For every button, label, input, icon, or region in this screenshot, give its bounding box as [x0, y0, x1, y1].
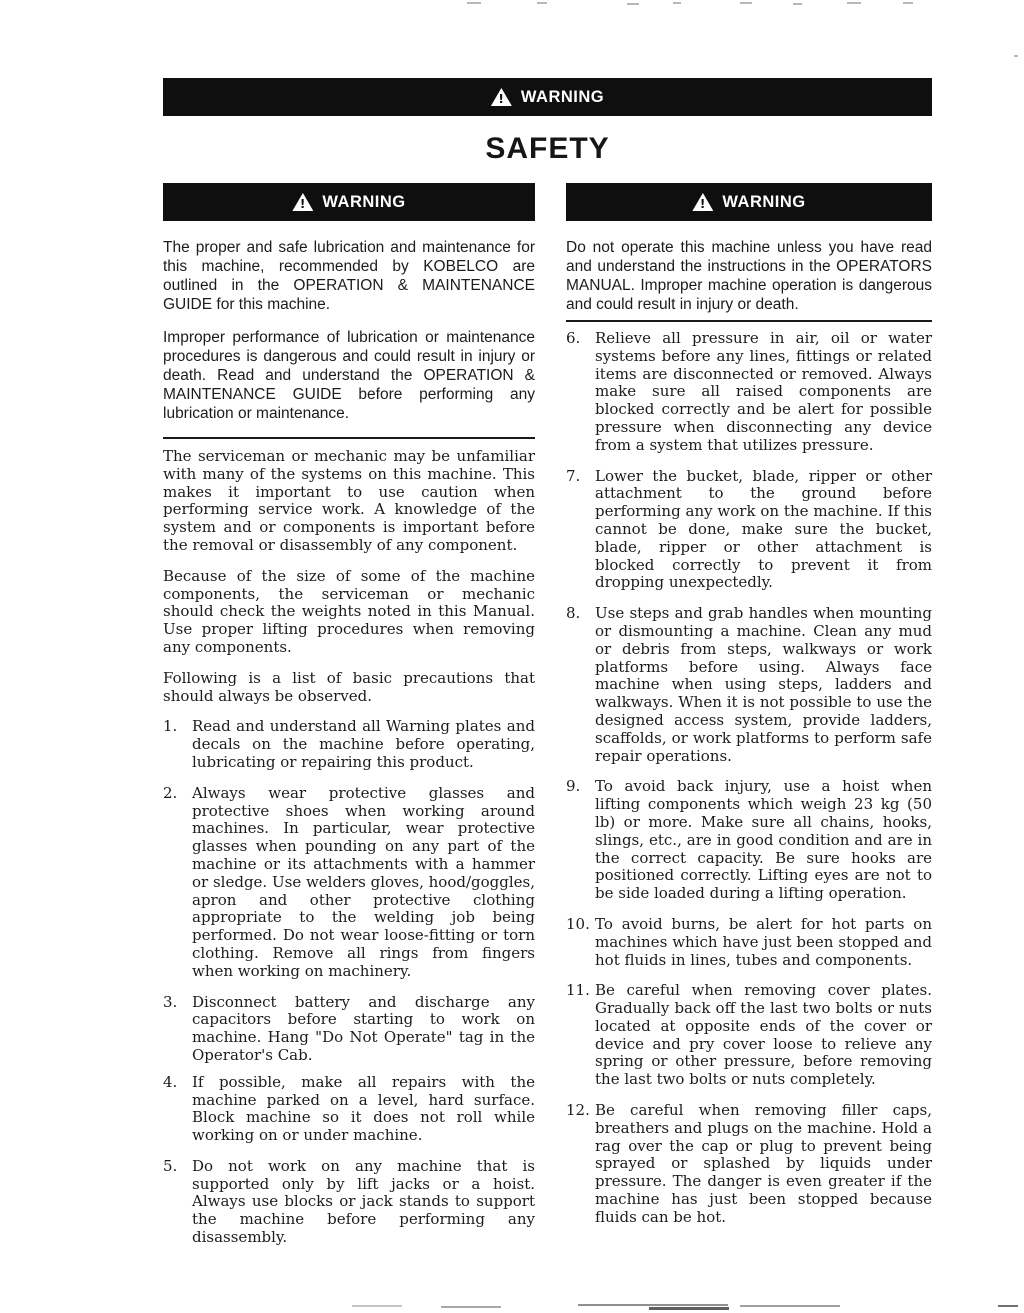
list-item: 11. Be careful when removing cover plate… — [566, 982, 932, 1089]
list-item-number: 9. — [566, 778, 595, 903]
scan-artifact — [740, 2, 752, 4]
scan-artifact — [537, 2, 547, 4]
list-item-text: Always wear protective glasses and prote… — [192, 785, 535, 981]
warning-banner-left: ! WARNING — [163, 183, 535, 221]
list-item: 10. To avoid burns, be alert for hot par… — [566, 916, 932, 969]
scan-artifact — [1014, 55, 1018, 57]
list-item-text: Do not work on any machine that is suppo… — [192, 1158, 535, 1247]
paragraph: Because of the size of some of the machi… — [163, 568, 535, 657]
warning-banner-left-label: WARNING — [322, 193, 405, 212]
list-item: 8. Use steps and grab handles when mount… — [566, 605, 932, 765]
list-item-text: To avoid burns, be alert for hot parts o… — [595, 916, 932, 969]
list-item: 12. Be careful when removing filler caps… — [566, 1102, 932, 1227]
list-item-number: 10. — [566, 916, 595, 969]
list-item: 9. To avoid back injury, use a hoist whe… — [566, 778, 932, 903]
list-item: 3. Disconnect battery and discharge any … — [163, 994, 535, 1065]
list-item-number: 6. — [566, 330, 595, 455]
scan-artifact — [467, 2, 481, 4]
list-item-text: Read and understand all Warning plates a… — [192, 718, 535, 771]
warning-exclamation: ! — [491, 92, 512, 106]
right-column: ! WARNING Do not operate this machine un… — [566, 183, 932, 1240]
section-divider — [566, 320, 932, 322]
list-item-text: Be careful when removing filler caps, br… — [595, 1102, 932, 1227]
list-item-number: 11. — [566, 982, 595, 1089]
list-item-text: Use steps and grab handles when mounting… — [595, 605, 932, 765]
list-item-number: 3. — [163, 994, 192, 1065]
list-item-number: 1. — [163, 718, 192, 771]
warning-banner-right-label: WARNING — [722, 193, 805, 212]
scan-artifact — [673, 2, 681, 4]
warning-banner-right: ! WARNING — [566, 183, 932, 221]
paragraph: The proper and safe lubrication and main… — [163, 238, 535, 314]
warning-triangle-icon: ! — [491, 88, 512, 106]
paragraph: Do not operate this machine unless you h… — [566, 238, 932, 314]
scan-artifact — [627, 3, 639, 5]
list-item: 5. Do not work on any machine that is su… — [163, 1158, 535, 1247]
warning-triangle-icon: ! — [292, 193, 313, 211]
scan-artifact — [578, 1304, 728, 1306]
manual-safety-page: ! WARNING SAFETY ! WARNING The proper an… — [0, 0, 1024, 1313]
scan-artifact — [847, 2, 861, 4]
list-item-number: 2. — [163, 785, 192, 981]
warning-banner-top: ! WARNING — [163, 78, 932, 116]
list-item-text: If possible, make all repairs with the m… — [192, 1074, 535, 1145]
scan-artifact — [793, 3, 802, 5]
left-column: ! WARNING The proper and safe lubricatio… — [163, 183, 535, 1260]
list-item-text: Relieve all pressure in air, oil or wate… — [595, 330, 932, 455]
scan-artifact — [903, 2, 913, 4]
paragraph: Improper performance of lubrication or m… — [163, 328, 535, 423]
scan-artifact — [649, 1307, 729, 1310]
list-item-text: Lower the bucket, blade, ripper or other… — [595, 468, 932, 593]
paragraph: The serviceman or mechanic may be unfami… — [163, 448, 535, 555]
list-item: 4. If possible, make all repairs with th… — [163, 1074, 535, 1145]
warning-exclamation: ! — [292, 197, 313, 211]
list-item-number: 7. — [566, 468, 595, 593]
list-item-text: Be careful when removing cover plates. G… — [595, 982, 932, 1089]
list-item-text: Disconnect battery and discharge any cap… — [192, 994, 535, 1065]
list-item: 7. Lower the bucket, blade, ripper or ot… — [566, 468, 932, 593]
list-item: 2. Always wear protective glasses and pr… — [163, 785, 535, 981]
list-item: 6. Relieve all pressure in air, oil or w… — [566, 330, 932, 455]
page-title: SAFETY — [163, 132, 932, 166]
page-content: ! WARNING SAFETY ! WARNING The proper an… — [163, 78, 932, 1260]
scan-artifact — [441, 1306, 501, 1308]
list-item-number: 12. — [566, 1102, 595, 1227]
scan-artifact — [740, 1305, 840, 1307]
list-item-text: To avoid back injury, use a hoist when l… — [595, 778, 932, 903]
warning-triangle-icon: ! — [692, 193, 713, 211]
two-column-layout: ! WARNING The proper and safe lubricatio… — [163, 183, 932, 1260]
list-item-number: 4. — [163, 1074, 192, 1145]
warning-banner-top-label: WARNING — [521, 88, 604, 107]
section-divider — [163, 437, 535, 439]
warning-exclamation: ! — [692, 197, 713, 211]
scan-artifact — [352, 1305, 402, 1307]
paragraph: Following is a list of basic precautions… — [163, 670, 535, 706]
scan-artifact — [998, 1305, 1018, 1307]
list-item-number: 5. — [163, 1158, 192, 1247]
list-item: 1. Read and understand all Warning plate… — [163, 718, 535, 771]
list-item-number: 8. — [566, 605, 595, 765]
